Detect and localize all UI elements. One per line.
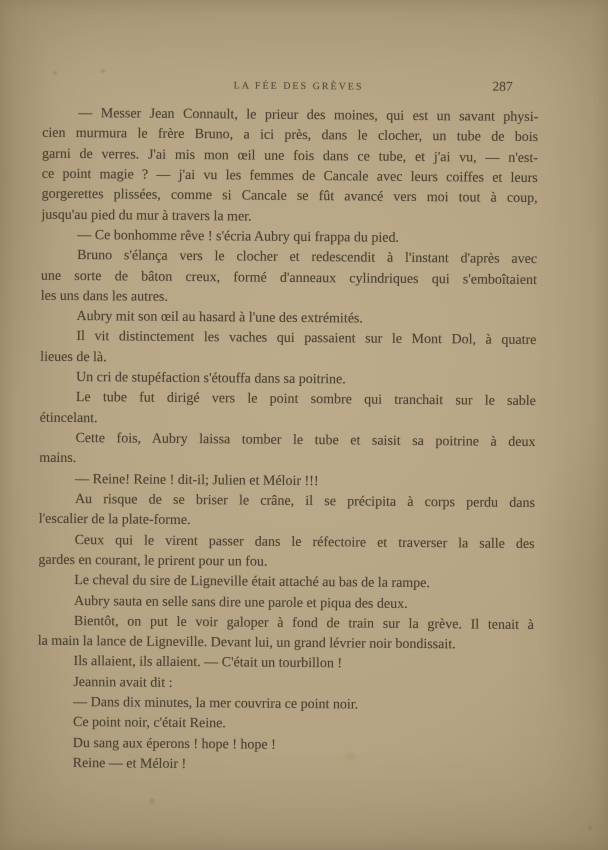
running-title: LA FÉE DES GRÈVES [234, 80, 364, 92]
page-content: LA FÉE DES GRÈVES 287 — Messer Jean Conn… [0, 0, 608, 850]
book-page-photo: LA FÉE DES GRÈVES 287 — Messer Jean Conn… [0, 0, 608, 850]
text-line: Reine — et Méloir ! [37, 754, 533, 779]
text-line: Il vit distinctement les vaches qui pass… [40, 327, 536, 352]
running-header: LA FÉE DES GRÈVES 287 [2, 73, 608, 100]
text-line: Le tube fut dirigé vers le point sombre … [40, 388, 536, 413]
page-text: — Messer Jean Connault, le prieur des mo… [37, 104, 539, 779]
page-number: 287 [492, 79, 512, 95]
